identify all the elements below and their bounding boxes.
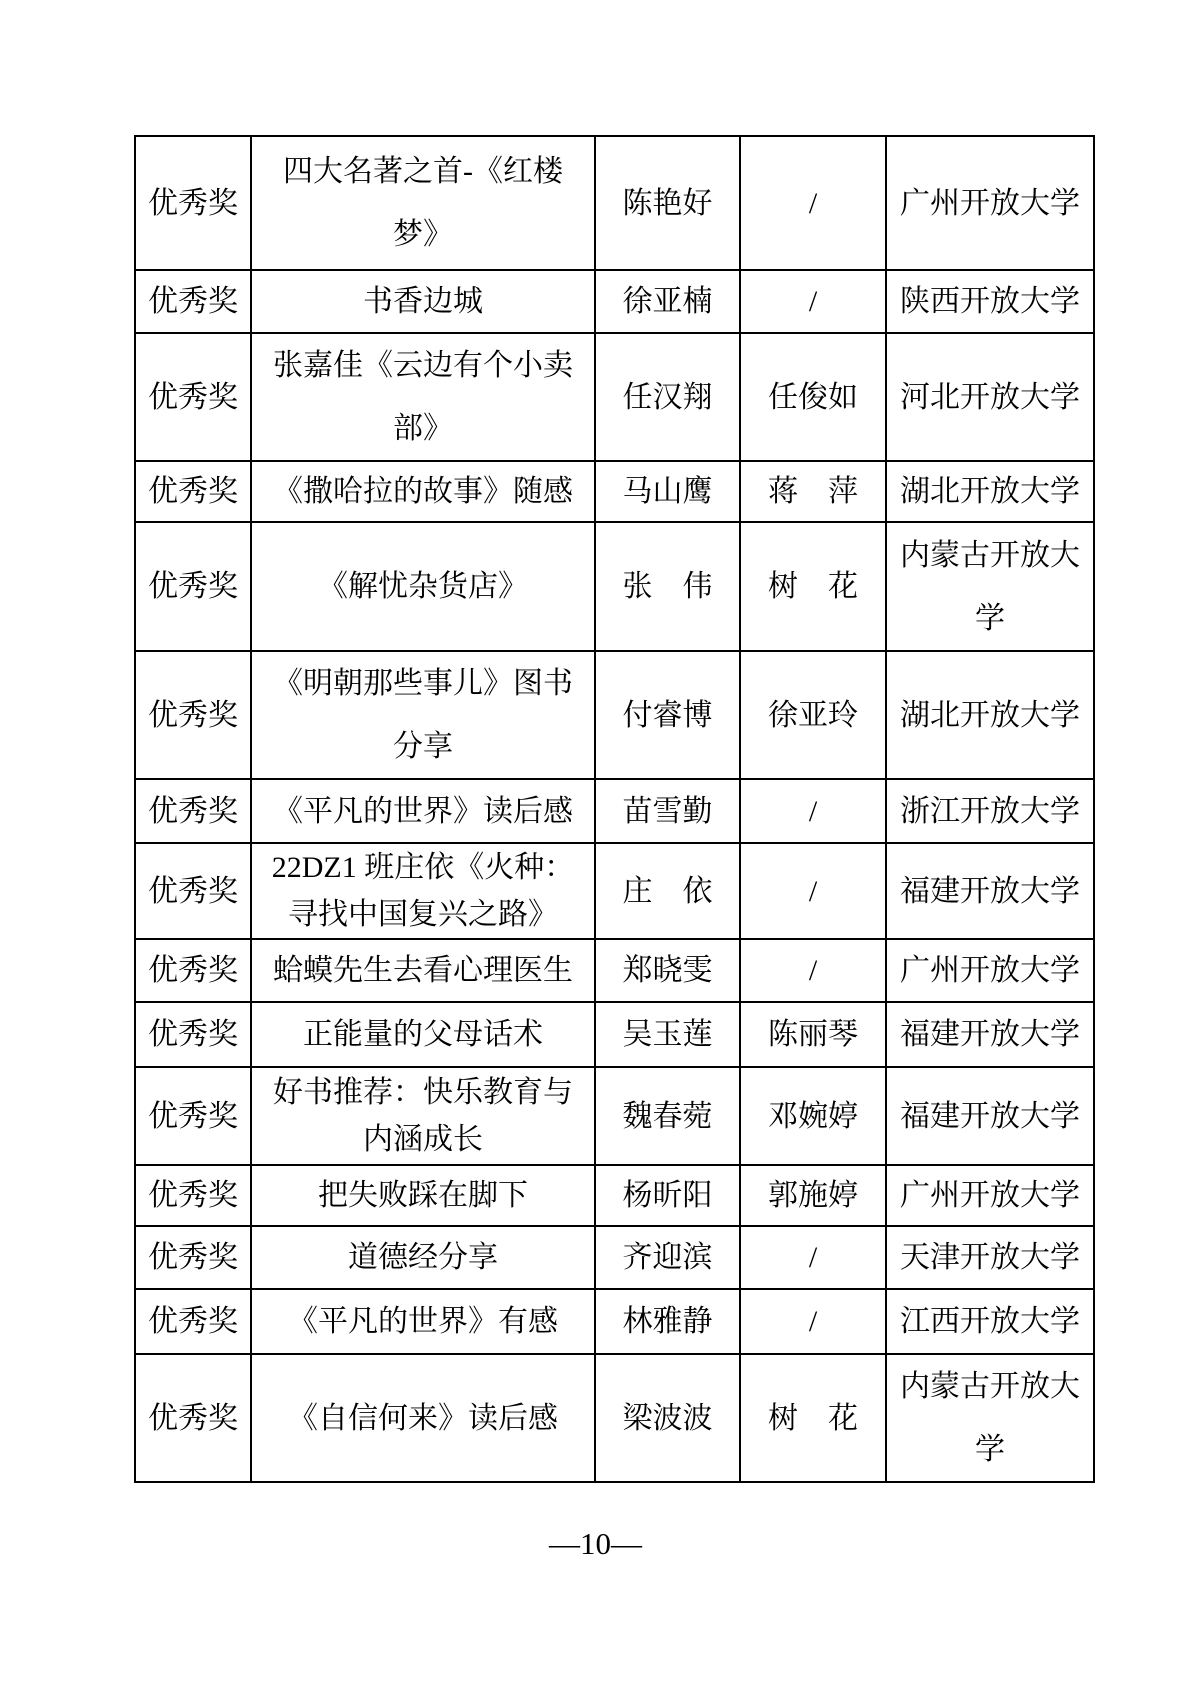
name1-cell: 张 伟 <box>595 522 740 651</box>
title-cell: 道德经分享 <box>251 1226 595 1289</box>
award-cell: 优秀奖 <box>135 522 251 651</box>
name2-cell: 任俊如 <box>740 333 886 461</box>
table-row: 优秀奖 《平凡的世界》有感 林雅静 / 江西开放大学 <box>135 1289 1094 1354</box>
title-cell: 22DZ1 班庄依《火种： 寻找中国复兴之路》 <box>251 843 595 939</box>
school-cell: 湖北开放大学 <box>886 651 1094 779</box>
document-page: 优秀奖 四大名著之首-《红楼 梦》 陈艳好 / 广州开放大学 优秀奖 书香边城 … <box>0 0 1191 1684</box>
title-cell: 书香边城 <box>251 270 595 333</box>
school-cell: 河北开放大学 <box>886 333 1094 461</box>
title-cell: 《平凡的世界》有感 <box>251 1289 595 1354</box>
award-cell: 优秀奖 <box>135 136 251 270</box>
school-cell: 广州开放大学 <box>886 1165 1094 1226</box>
table-row: 优秀奖 书香边城 徐亚楠 / 陕西开放大学 <box>135 270 1094 333</box>
table-row: 优秀奖 《撒哈拉的故事》随感 马山鹰 蒋 萍 湖北开放大学 <box>135 461 1094 522</box>
name2-cell: 徐亚玲 <box>740 651 886 779</box>
title-cell: 《自信何来》读后感 <box>251 1354 595 1482</box>
award-cell: 优秀奖 <box>135 1002 251 1067</box>
title-cell: 《明朝那些事儿》图书 分享 <box>251 651 595 779</box>
title-cell: 四大名著之首-《红楼 梦》 <box>251 136 595 270</box>
table-row: 优秀奖 《明朝那些事儿》图书 分享 付睿博 徐亚玲 湖北开放大学 <box>135 651 1094 779</box>
page-number: —10— <box>0 1524 1191 1564</box>
table-row: 优秀奖 《自信何来》读后感 梁波波 树 花 内蒙古开放大 学 <box>135 1354 1094 1482</box>
title-cell: 张嘉佳《云边有个小卖 部》 <box>251 333 595 461</box>
school-cell: 广州开放大学 <box>886 939 1094 1002</box>
name1-cell: 梁波波 <box>595 1354 740 1482</box>
table-row: 优秀奖 《解忧杂货店》 张 伟 树 花 内蒙古开放大 学 <box>135 522 1094 651</box>
table-row: 优秀奖 《平凡的世界》读后感 苗雪勤 / 浙江开放大学 <box>135 779 1094 843</box>
title-cell: 蛤蟆先生去看心理医生 <box>251 939 595 1002</box>
title-cell: 《撒哈拉的故事》随感 <box>251 461 595 522</box>
school-cell: 江西开放大学 <box>886 1289 1094 1354</box>
name2-cell: / <box>740 1226 886 1289</box>
name2-cell: / <box>740 843 886 939</box>
name1-cell: 任汉翔 <box>595 333 740 461</box>
award-cell: 优秀奖 <box>135 1165 251 1226</box>
name2-cell: 树 花 <box>740 522 886 651</box>
title-cell: 《解忧杂货店》 <box>251 522 595 651</box>
table-row: 优秀奖 四大名著之首-《红楼 梦》 陈艳好 / 广州开放大学 <box>135 136 1094 270</box>
name2-cell: / <box>740 1289 886 1354</box>
school-cell: 浙江开放大学 <box>886 779 1094 843</box>
name2-cell: 蒋 萍 <box>740 461 886 522</box>
name2-cell: / <box>740 779 886 843</box>
award-cell: 优秀奖 <box>135 651 251 779</box>
title-cell: 正能量的父母话术 <box>251 1002 595 1067</box>
name1-cell: 苗雪勤 <box>595 779 740 843</box>
title-cell: 好书推荐：快乐教育与 内涵成长 <box>251 1067 595 1165</box>
name1-cell: 马山鹰 <box>595 461 740 522</box>
award-cell: 优秀奖 <box>135 843 251 939</box>
school-cell: 福建开放大学 <box>886 843 1094 939</box>
name1-cell: 徐亚楠 <box>595 270 740 333</box>
school-cell: 广州开放大学 <box>886 136 1094 270</box>
title-cell: 把失败踩在脚下 <box>251 1165 595 1226</box>
title-cell: 《平凡的世界》读后感 <box>251 779 595 843</box>
awards-table: 优秀奖 四大名著之首-《红楼 梦》 陈艳好 / 广州开放大学 优秀奖 书香边城 … <box>134 135 1095 1483</box>
name2-cell: 邓婉婷 <box>740 1067 886 1165</box>
table-row: 优秀奖 道德经分享 齐迎滨 / 天津开放大学 <box>135 1226 1094 1289</box>
name1-cell: 陈艳好 <box>595 136 740 270</box>
name1-cell: 郑晓雯 <box>595 939 740 1002</box>
award-cell: 优秀奖 <box>135 939 251 1002</box>
school-cell: 湖北开放大学 <box>886 461 1094 522</box>
table-row: 优秀奖 22DZ1 班庄依《火种： 寻找中国复兴之路》 庄 依 / 福建开放大学 <box>135 843 1094 939</box>
school-cell: 陕西开放大学 <box>886 270 1094 333</box>
name2-cell: 郭施婷 <box>740 1165 886 1226</box>
name2-cell: / <box>740 136 886 270</box>
school-cell: 福建开放大学 <box>886 1002 1094 1067</box>
award-cell: 优秀奖 <box>135 779 251 843</box>
award-cell: 优秀奖 <box>135 333 251 461</box>
award-cell: 优秀奖 <box>135 1289 251 1354</box>
award-cell: 优秀奖 <box>135 1067 251 1165</box>
table-row: 优秀奖 把失败踩在脚下 杨昕阳 郭施婷 广州开放大学 <box>135 1165 1094 1226</box>
name2-cell: 树 花 <box>740 1354 886 1482</box>
name1-cell: 庄 依 <box>595 843 740 939</box>
school-cell: 福建开放大学 <box>886 1067 1094 1165</box>
name1-cell: 杨昕阳 <box>595 1165 740 1226</box>
name1-cell: 林雅静 <box>595 1289 740 1354</box>
table-row: 优秀奖 张嘉佳《云边有个小卖 部》 任汉翔 任俊如 河北开放大学 <box>135 333 1094 461</box>
name2-cell: / <box>740 270 886 333</box>
school-cell: 内蒙古开放大 学 <box>886 1354 1094 1482</box>
table-row: 优秀奖 正能量的父母话术 吴玉莲 陈丽琴 福建开放大学 <box>135 1002 1094 1067</box>
name1-cell: 魏春菀 <box>595 1067 740 1165</box>
name2-cell: / <box>740 939 886 1002</box>
name2-cell: 陈丽琴 <box>740 1002 886 1067</box>
award-cell: 优秀奖 <box>135 1226 251 1289</box>
table-row: 优秀奖 好书推荐：快乐教育与 内涵成长 魏春菀 邓婉婷 福建开放大学 <box>135 1067 1094 1165</box>
name1-cell: 吴玉莲 <box>595 1002 740 1067</box>
table-row: 优秀奖 蛤蟆先生去看心理医生 郑晓雯 / 广州开放大学 <box>135 939 1094 1002</box>
school-cell: 内蒙古开放大 学 <box>886 522 1094 651</box>
name1-cell: 齐迎滨 <box>595 1226 740 1289</box>
award-cell: 优秀奖 <box>135 461 251 522</box>
school-cell: 天津开放大学 <box>886 1226 1094 1289</box>
award-cell: 优秀奖 <box>135 270 251 333</box>
award-cell: 优秀奖 <box>135 1354 251 1482</box>
name1-cell: 付睿博 <box>595 651 740 779</box>
